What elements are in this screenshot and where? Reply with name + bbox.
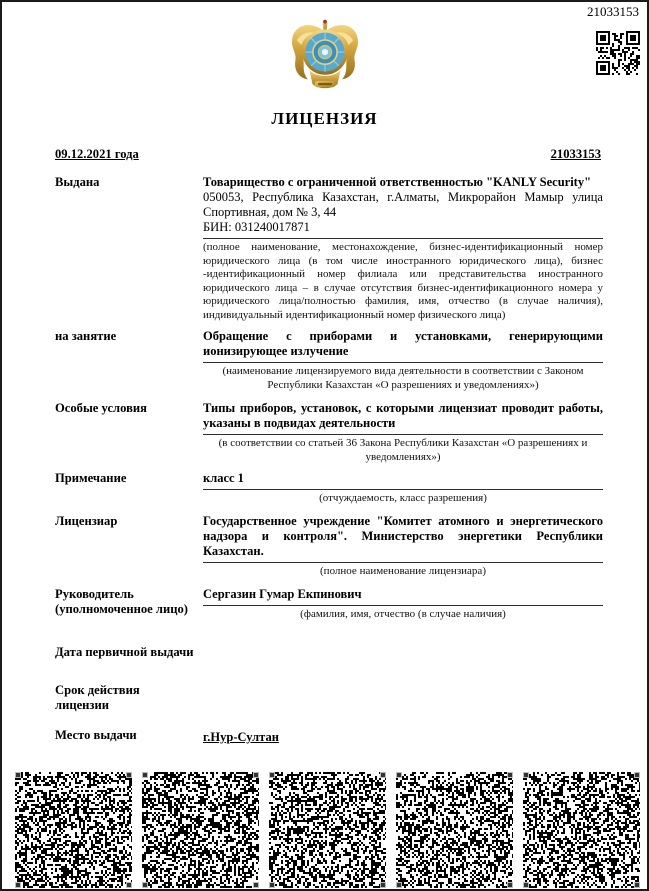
divider-line [203,605,603,606]
validity-label: Срок действия лицензии [55,683,203,713]
first-issue-date-label: Дата первичной выдачи [55,645,315,660]
licensee-address: 050053, Республика Казахстан, г.Алматы, … [203,190,603,220]
issued-to-label: Выдана [55,175,203,190]
head-label: Руководитель (уполномоченное лицо) [55,587,203,617]
head-row: Руководитель (уполномоченное лицо) Серга… [55,587,603,622]
license-document-page: 21033153 [0,0,649,891]
issue-place-label: Место выдачи [55,728,203,743]
licensor-row: Лицензиар Государственное учреждение "Ко… [55,514,603,579]
remark-footnote: (отчуждаемость, класс разрешения) [203,492,603,506]
licensee-bin: БИН: 031240017871 [203,220,603,235]
licensor-value: Государственное учреждение "Комитет атом… [203,514,603,559]
issue-place-row: Место выдачи г.Нур-Султан [55,728,603,746]
licensor-label: Лицензиар [55,514,203,529]
barcode-strip [15,772,640,888]
divider-line [203,238,603,239]
divider-line [203,562,603,563]
validity-row: Срок действия лицензии [55,683,603,713]
issue-date: 09.12.2021 года [55,147,139,162]
divider-line [203,434,603,435]
issued-to-row: Выдана Товарищество с ограниченной ответ… [55,175,603,322]
special-conditions-footnote: (в соответствии со статьей 36 Закона Рес… [203,437,603,464]
special-conditions-label: Особые условия [55,401,203,416]
page-title: ЛИЦЕНЗИЯ [2,109,647,129]
issue-place-value: г.Нур-Султан [203,730,279,744]
license-number: 21033153 [551,147,601,162]
datamatrix-barcode [142,772,259,888]
remark-row: Примечание класс 1 (отчуждаемость, класс… [55,471,603,506]
qr-code [596,31,640,75]
head-value: Сергазин Гумар Екпинович [203,587,603,602]
activity-value: Обращение с приборами и установками, ген… [203,329,603,359]
head-footnote: (фамилия, имя, отчество (в случае наличи… [203,608,603,622]
divider-line [203,362,603,363]
datamatrix-barcode [269,772,386,888]
licensor-footnote: (полное наименование лицензиара) [203,565,603,579]
remark-label: Примечание [55,471,203,486]
issued-to-footnote: (полное наименование, местонахождение, б… [203,241,603,322]
kazakhstan-coat-of-arms-icon [286,16,364,96]
activity-label: на занятие [55,329,203,344]
special-conditions-row: Особые условия Типы приборов, установок,… [55,401,603,464]
datamatrix-barcode [523,772,640,888]
divider-line [203,489,603,490]
remark-value: класс 1 [203,471,603,486]
datamatrix-barcode [396,772,513,888]
document-number-top: 21033153 [587,4,639,20]
datamatrix-barcode [15,772,132,888]
first-issue-date-row: Дата первичной выдачи [55,645,603,660]
licensee-name: Товарищество с ограниченной ответственно… [203,175,603,190]
license-body: 09.12.2021 года 21033153 Выдана Товарище… [55,147,603,746]
meta-row: 09.12.2021 года 21033153 [55,147,603,162]
activity-row: на занятие Обращение с приборами и устан… [55,329,603,392]
special-conditions-value: Типы приборов, установок, с которыми лиц… [203,401,603,431]
activity-footnote: (наименование лицензируемого вида деятел… [203,365,603,392]
